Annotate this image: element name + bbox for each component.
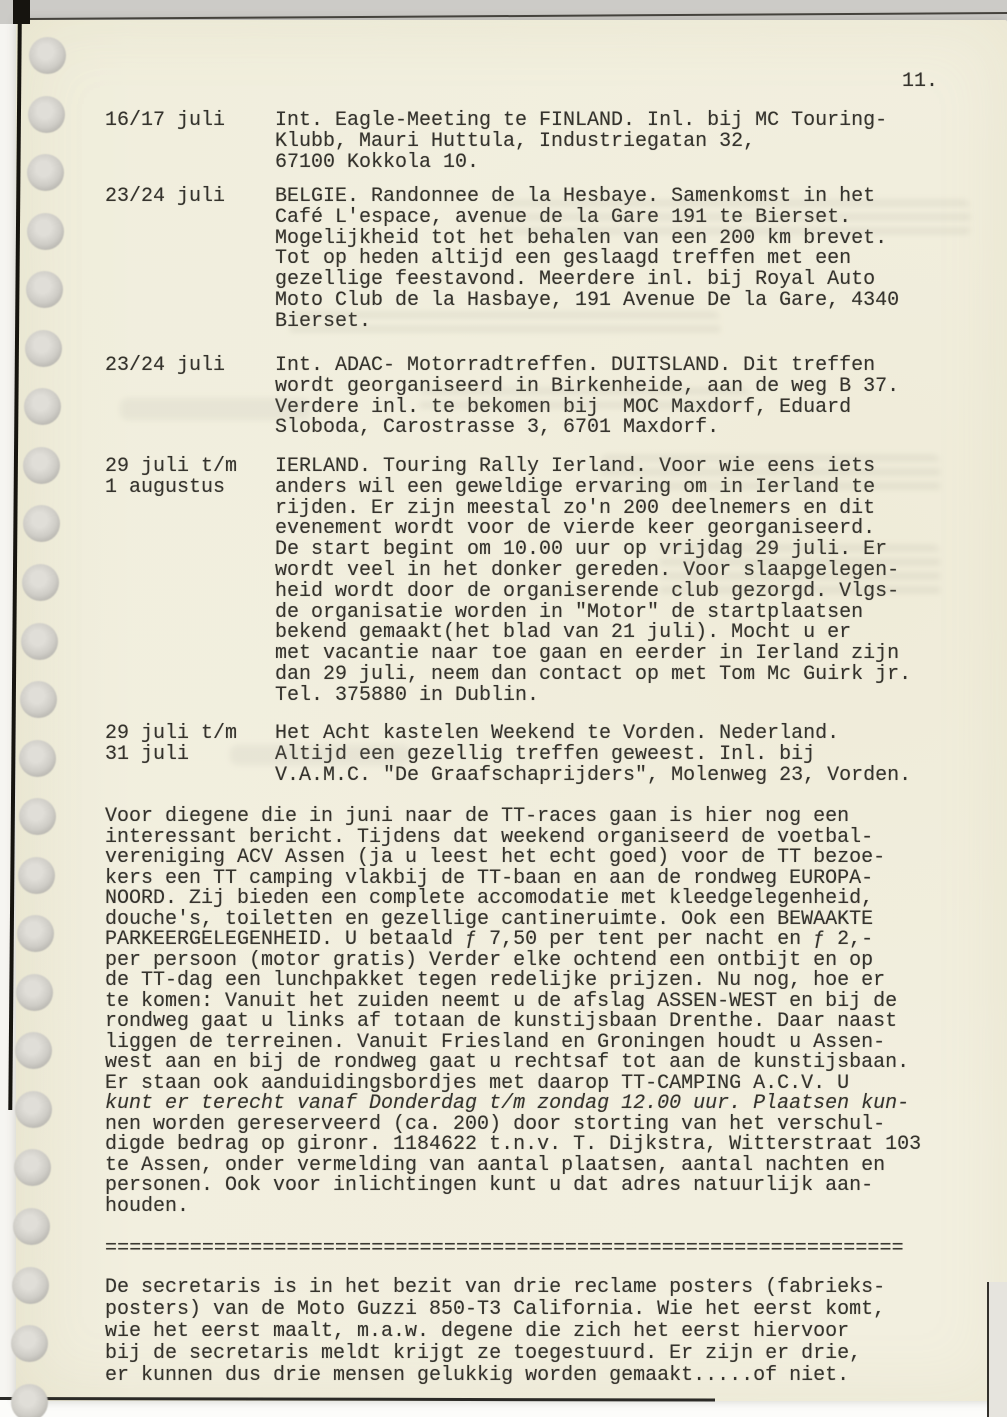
text-line: bij de secretaris meldt krijgt ze toeges…	[105, 1343, 1005, 1365]
bleedthrough-smudge	[120, 398, 310, 420]
text-line: te komen: Vanuit het zuiden neemt u de a…	[105, 992, 985, 1013]
punched-hole	[25, 330, 62, 367]
text-line: de TT-dag een lunchpakket tegen redelijk…	[105, 971, 985, 992]
text-line: liggen de terreinen. Vanuit Friesland en…	[105, 1033, 985, 1054]
page-number: 11.	[902, 72, 938, 93]
punched-hole	[26, 271, 63, 308]
text-line: V.A.M.C. "De Graafschaprijders", Molenwe…	[275, 766, 975, 787]
text-line: Int. ADAC- Motorradtreffen. DUITSLAND. D…	[275, 356, 975, 377]
text-line: De secretaris is in het bezit van drie r…	[105, 1277, 1005, 1299]
paragraph-tt-camping: Voor diegene die in juni naar de TT-race…	[105, 807, 985, 1217]
text-line: personen. Ook voor inlichtingen kunt u d…	[105, 1176, 985, 1197]
text-line: posters) van de Moto Guzzi 850-T3 Califo…	[105, 1299, 1005, 1321]
text-line: 23/24 juli	[105, 356, 273, 377]
text-line: 29 juli t/m	[105, 457, 273, 478]
punched-hole	[17, 915, 54, 952]
text-line: er kunnen dus drie mensen gelukkig worde…	[105, 1365, 1005, 1387]
text-line: kunt er terecht vanaf Donderdag t/m zond…	[105, 1094, 985, 1115]
text-line: Het Acht kastelen Weekend te Vorden. Ned…	[275, 724, 975, 745]
text-line: gezellige feestavond. Meerdere inl. bij …	[275, 270, 975, 291]
text-line: Klubb, Mauri Huttula, Industriegatan 32,	[275, 132, 975, 153]
punched-hole	[11, 1384, 48, 1417]
event-date: 16/17 juli	[105, 111, 273, 132]
text-line: Tel. 375880 in Dublin.	[275, 686, 975, 707]
paragraph-posters: De secretaris is in het bezit van drie r…	[105, 1277, 1005, 1387]
punched-hole	[27, 213, 64, 250]
text-line: Er staan ook aanduidingsbordjes met daar…	[105, 1074, 985, 1095]
separator-line: ========================================…	[105, 1239, 904, 1260]
text-line: Voor diegene die in juni naar de TT-race…	[105, 807, 985, 828]
punched-hole	[20, 681, 57, 718]
bleedthrough-smudge	[500, 200, 970, 236]
text-line: rondweg gaat u links af totaan de kunsti…	[105, 1012, 985, 1033]
text-line: west aan en bij de rondweg gaat u rechts…	[105, 1053, 985, 1074]
scan-corner-shadow	[13, 0, 30, 24]
punched-hole	[22, 564, 59, 601]
punched-hole	[15, 1091, 52, 1128]
punched-hole	[29, 37, 66, 74]
punched-hole	[21, 623, 58, 660]
bleedthrough-smudge	[660, 545, 940, 600]
text-line: 67100 Kokkola 10.	[275, 153, 975, 174]
bleedthrough-smudge	[290, 312, 720, 338]
text-line: interessant bericht. Tijdens dat weekend…	[105, 828, 985, 849]
event-date: 29 juli t/m1 augustus	[105, 457, 273, 499]
text-line: PARKEERGELEGENHEID. U betaald ƒ 7,50 per…	[105, 930, 985, 951]
text-line: 1 augustus	[105, 478, 273, 499]
text-line: Moto Club de la Hasbaye, 191 Avenue De l…	[275, 291, 975, 312]
text-line: vereniging ACV Assen (ja u leest het ech…	[105, 848, 985, 869]
text-line: te Assen, onder vermelding van aantal pl…	[105, 1156, 985, 1177]
text-line: Sloboda, Carostrasse 3, 6701 Maxdorf.	[275, 418, 975, 439]
punched-hole	[23, 505, 60, 542]
text-line: 16/17 juli	[105, 111, 273, 132]
scanned-newsletter-page: { "page": { "number": "11.", "paper_colo…	[0, 0, 1007, 1417]
punched-hole	[12, 1267, 49, 1304]
text-line: 29 juli t/m	[105, 724, 273, 745]
text-line: met vacantie naar toe gaan en eerder in …	[275, 644, 975, 665]
page-right-edge	[987, 1282, 1007, 1417]
bleedthrough-smudge	[420, 388, 750, 414]
text-line: dan 29 juli, neem dan contact op met Tom…	[275, 665, 975, 686]
bleedthrough-smudge	[230, 745, 410, 765]
punched-hole	[18, 857, 55, 894]
text-line: wie het eerst maalt, m.a.w. degene die z…	[105, 1321, 1005, 1343]
punched-hole	[23, 447, 60, 484]
text-line: nen worden gereserveerd (ca. 200) door s…	[105, 1115, 985, 1136]
event-date: 23/24 juli	[105, 356, 273, 377]
event-description: Int. Eagle-Meeting te FINLAND. Inl. bij …	[275, 111, 975, 173]
punched-hole	[16, 974, 53, 1011]
event-date: 23/24 juli	[105, 187, 273, 208]
text-line: houden.	[105, 1197, 985, 1218]
bleedthrough-smudge	[600, 455, 940, 495]
text-line: per persoon (motor gratis) Verder elke o…	[105, 951, 985, 972]
punched-hole	[19, 798, 56, 835]
text-line: 23/24 juli	[105, 187, 273, 208]
punched-hole	[14, 1149, 51, 1186]
text-line: douche's, toiletten en gezellige cantine…	[105, 910, 985, 931]
text-line: NOORD. Zij bieden een complete accomodat…	[105, 889, 985, 910]
punched-hole	[19, 740, 56, 777]
scanner-background-bottom	[0, 1400, 1007, 1417]
text-line: kers een TT camping vlakbij de TT-baan e…	[105, 869, 985, 890]
text-line: digde bedrag op gironr. 1184622 t.n.v. T…	[105, 1135, 985, 1156]
text-line: Int. Eagle-Meeting te FINLAND. Inl. bij …	[275, 111, 975, 132]
punched-hole	[13, 1208, 50, 1245]
punched-hole	[28, 96, 65, 133]
